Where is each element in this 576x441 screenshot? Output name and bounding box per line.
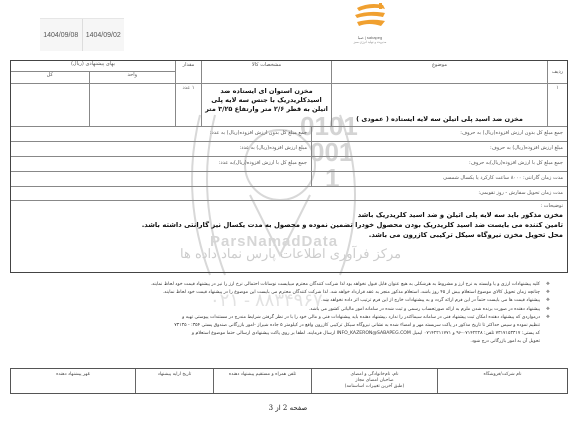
sig-stamp: مُهر پیشنهاد دهنده bbox=[11, 369, 135, 393]
company-logo: صبا | sabapeg مدیریت و تولید انرژی سبز bbox=[320, 2, 420, 52]
row-unit-price bbox=[89, 84, 175, 126]
terms-continuation-contact: کد پستی: ۷۳۱۷۱۵۳۳۱۷ تلفن: ۰۷۱۴۲۲۲۸-۹۶ و … bbox=[40, 330, 550, 338]
delivery-text: مدت زمان تحویل سفارش - روز تقویمی: bbox=[11, 187, 567, 200]
sum-with-vat-number: جمع مبلغ کل با ارزش افزوده(ریال)به عدد: bbox=[11, 157, 311, 171]
terms-continuation: تنظیم نموده و سپس حداکثر تا تاریخ مذکور … bbox=[40, 322, 550, 330]
warranty-empty bbox=[11, 172, 311, 186]
terms-item: ❖پیشنهاد قیمت ها می بایست حتماً در این ف… bbox=[40, 297, 550, 305]
header-price: بهای پیشنهادی (ریال) bbox=[11, 61, 175, 72]
terms-continuation: تحویل آن به امور بازرگانی درج شود. bbox=[40, 338, 550, 346]
date-start: 1404/09/02 bbox=[83, 19, 125, 51]
row-total-price bbox=[11, 84, 89, 126]
items-table: ردیف موضوع مشخصات کالا مقدار بهای پیشنها… bbox=[10, 60, 568, 273]
note-line: مخزن مذکور باید سه لایه پلی اتیلن و ضد ا… bbox=[15, 211, 563, 219]
sig-company-name: نام شرکت/فروشگاه bbox=[437, 369, 567, 393]
bullet-icon: ❖ bbox=[540, 281, 550, 289]
table-header-row: ردیف موضوع مشخصات کالا مقدار بهای پیشنها… bbox=[11, 61, 567, 84]
header-unit: واحد bbox=[89, 72, 175, 83]
table-row: ۱ مخزن ضد اسید پلی اتیلن سه لایه ایستاده… bbox=[11, 84, 567, 127]
sum-row-2: مبلغ ارزش افزوده(ریال) به حروف: مبلغ ارز… bbox=[11, 142, 567, 157]
header-total: کل bbox=[11, 72, 89, 83]
note-line: محل تحویل مخزن نیروگاه سیکل ترکیبی کازرو… bbox=[15, 231, 563, 239]
sum-row-3: جمع مبلغ کل با ارزش افزوده(ریال)به حروف:… bbox=[11, 157, 567, 172]
bullet-icon: ❖ bbox=[540, 306, 550, 314]
sig-date: تاریخ ارایه پیشنهاد bbox=[135, 369, 213, 393]
terms-item: ❖کلیه پیشنهادات ارزی و یا وابسته به نرخ … bbox=[40, 281, 550, 289]
row-quantity: ۱ عدد bbox=[175, 84, 201, 126]
header-row-no: ردیف bbox=[547, 61, 567, 83]
header-price-group: بهای پیشنهادی (ریال) واحد کل bbox=[11, 61, 175, 83]
header-quantity: مقدار bbox=[175, 61, 201, 83]
terms-item: ❖پیشنهاد دهنده در صورت برنده شدن ملزم به… bbox=[40, 306, 550, 314]
vat-words: مبلغ ارزش افزوده(ریال) به حروف: bbox=[311, 142, 567, 156]
date-boxes: 1404/09/08 1404/09/02 bbox=[40, 18, 124, 51]
row-subject: مخزن ضد اسید پلی اتیلن سه لایه ایستاده (… bbox=[331, 84, 547, 126]
sig-authorized-signatories: نام، نام‌خانوادگی و امضای صاحبان امضای م… bbox=[311, 369, 437, 393]
notes-row: توضیحات : مخزن مذکور باید سه لایه پلی ات… bbox=[11, 201, 567, 272]
logo-mark-icon bbox=[349, 2, 391, 30]
row-specs: مخزن استوان ای ایستاده ضد اسیدکلریدریک ب… bbox=[201, 84, 331, 126]
sum-without-vat-number: جمع مبلغ کل بدون ارزش افزوده(ریال) به عد… bbox=[11, 127, 311, 141]
note-line: تامین کننده می بایست ضد اسید کلریدریک بو… bbox=[15, 221, 563, 229]
row-number: ۱ bbox=[547, 84, 567, 126]
terms-item: ❖چنانچه زمان تحویل کالای موضوع استعلام ب… bbox=[40, 289, 550, 297]
notes-label: توضیحات : bbox=[15, 203, 563, 209]
delivery-row: مدت زمان تحویل سفارش - روز تقویمی: bbox=[11, 187, 567, 201]
vat-number: مبلغ ارزش افزوده(ریال) به عدد: bbox=[11, 142, 311, 156]
signature-table: نام شرکت/فروشگاه نام، نام‌خانوادگی و امض… bbox=[10, 368, 568, 394]
terms-item: ❖درمواردی که پیشنهاد دهنده امکان ثبت پیش… bbox=[40, 314, 550, 322]
bullet-icon: ❖ bbox=[540, 289, 550, 297]
notes-block: توضیحات : مخزن مذکور باید سه لایه پلی ات… bbox=[11, 201, 567, 272]
page-number: صفحه 2 از 3 bbox=[0, 404, 576, 412]
bullet-icon: ❖ bbox=[540, 314, 550, 322]
terms-list: ❖کلیه پیشنهادات ارزی و یا وابسته به نرخ … bbox=[40, 281, 550, 347]
sum-with-vat-words: جمع مبلغ کل با ارزش افزوده(ریال)به حروف: bbox=[311, 157, 567, 171]
warranty-text: مدت زمان گارانتی: ۸۰۰۰ ساعت کارکرد یا یک… bbox=[311, 172, 567, 186]
sum-without-vat-words: جمع مبلغ کل بدون ارزش افزوده(ریال) به حر… bbox=[311, 127, 567, 141]
logo-subtitle: مدیریت و تولید انرژی سبز bbox=[320, 40, 420, 44]
header-specs: مشخصات کالا bbox=[201, 61, 331, 83]
date-end: 1404/09/08 bbox=[40, 19, 83, 51]
header-subject: موضوع bbox=[331, 61, 547, 83]
warranty-row: مدت زمان گارانتی: ۸۰۰۰ ساعت کارکرد یا یک… bbox=[11, 172, 567, 187]
bullet-icon: ❖ bbox=[540, 297, 550, 305]
sig-phone: تلفن همراه و مستقیم پیشنهاد دهنده bbox=[213, 369, 311, 393]
sum-row-1: جمع مبلغ کل بدون ارزش افزوده(ریال) به حر… bbox=[11, 127, 567, 142]
